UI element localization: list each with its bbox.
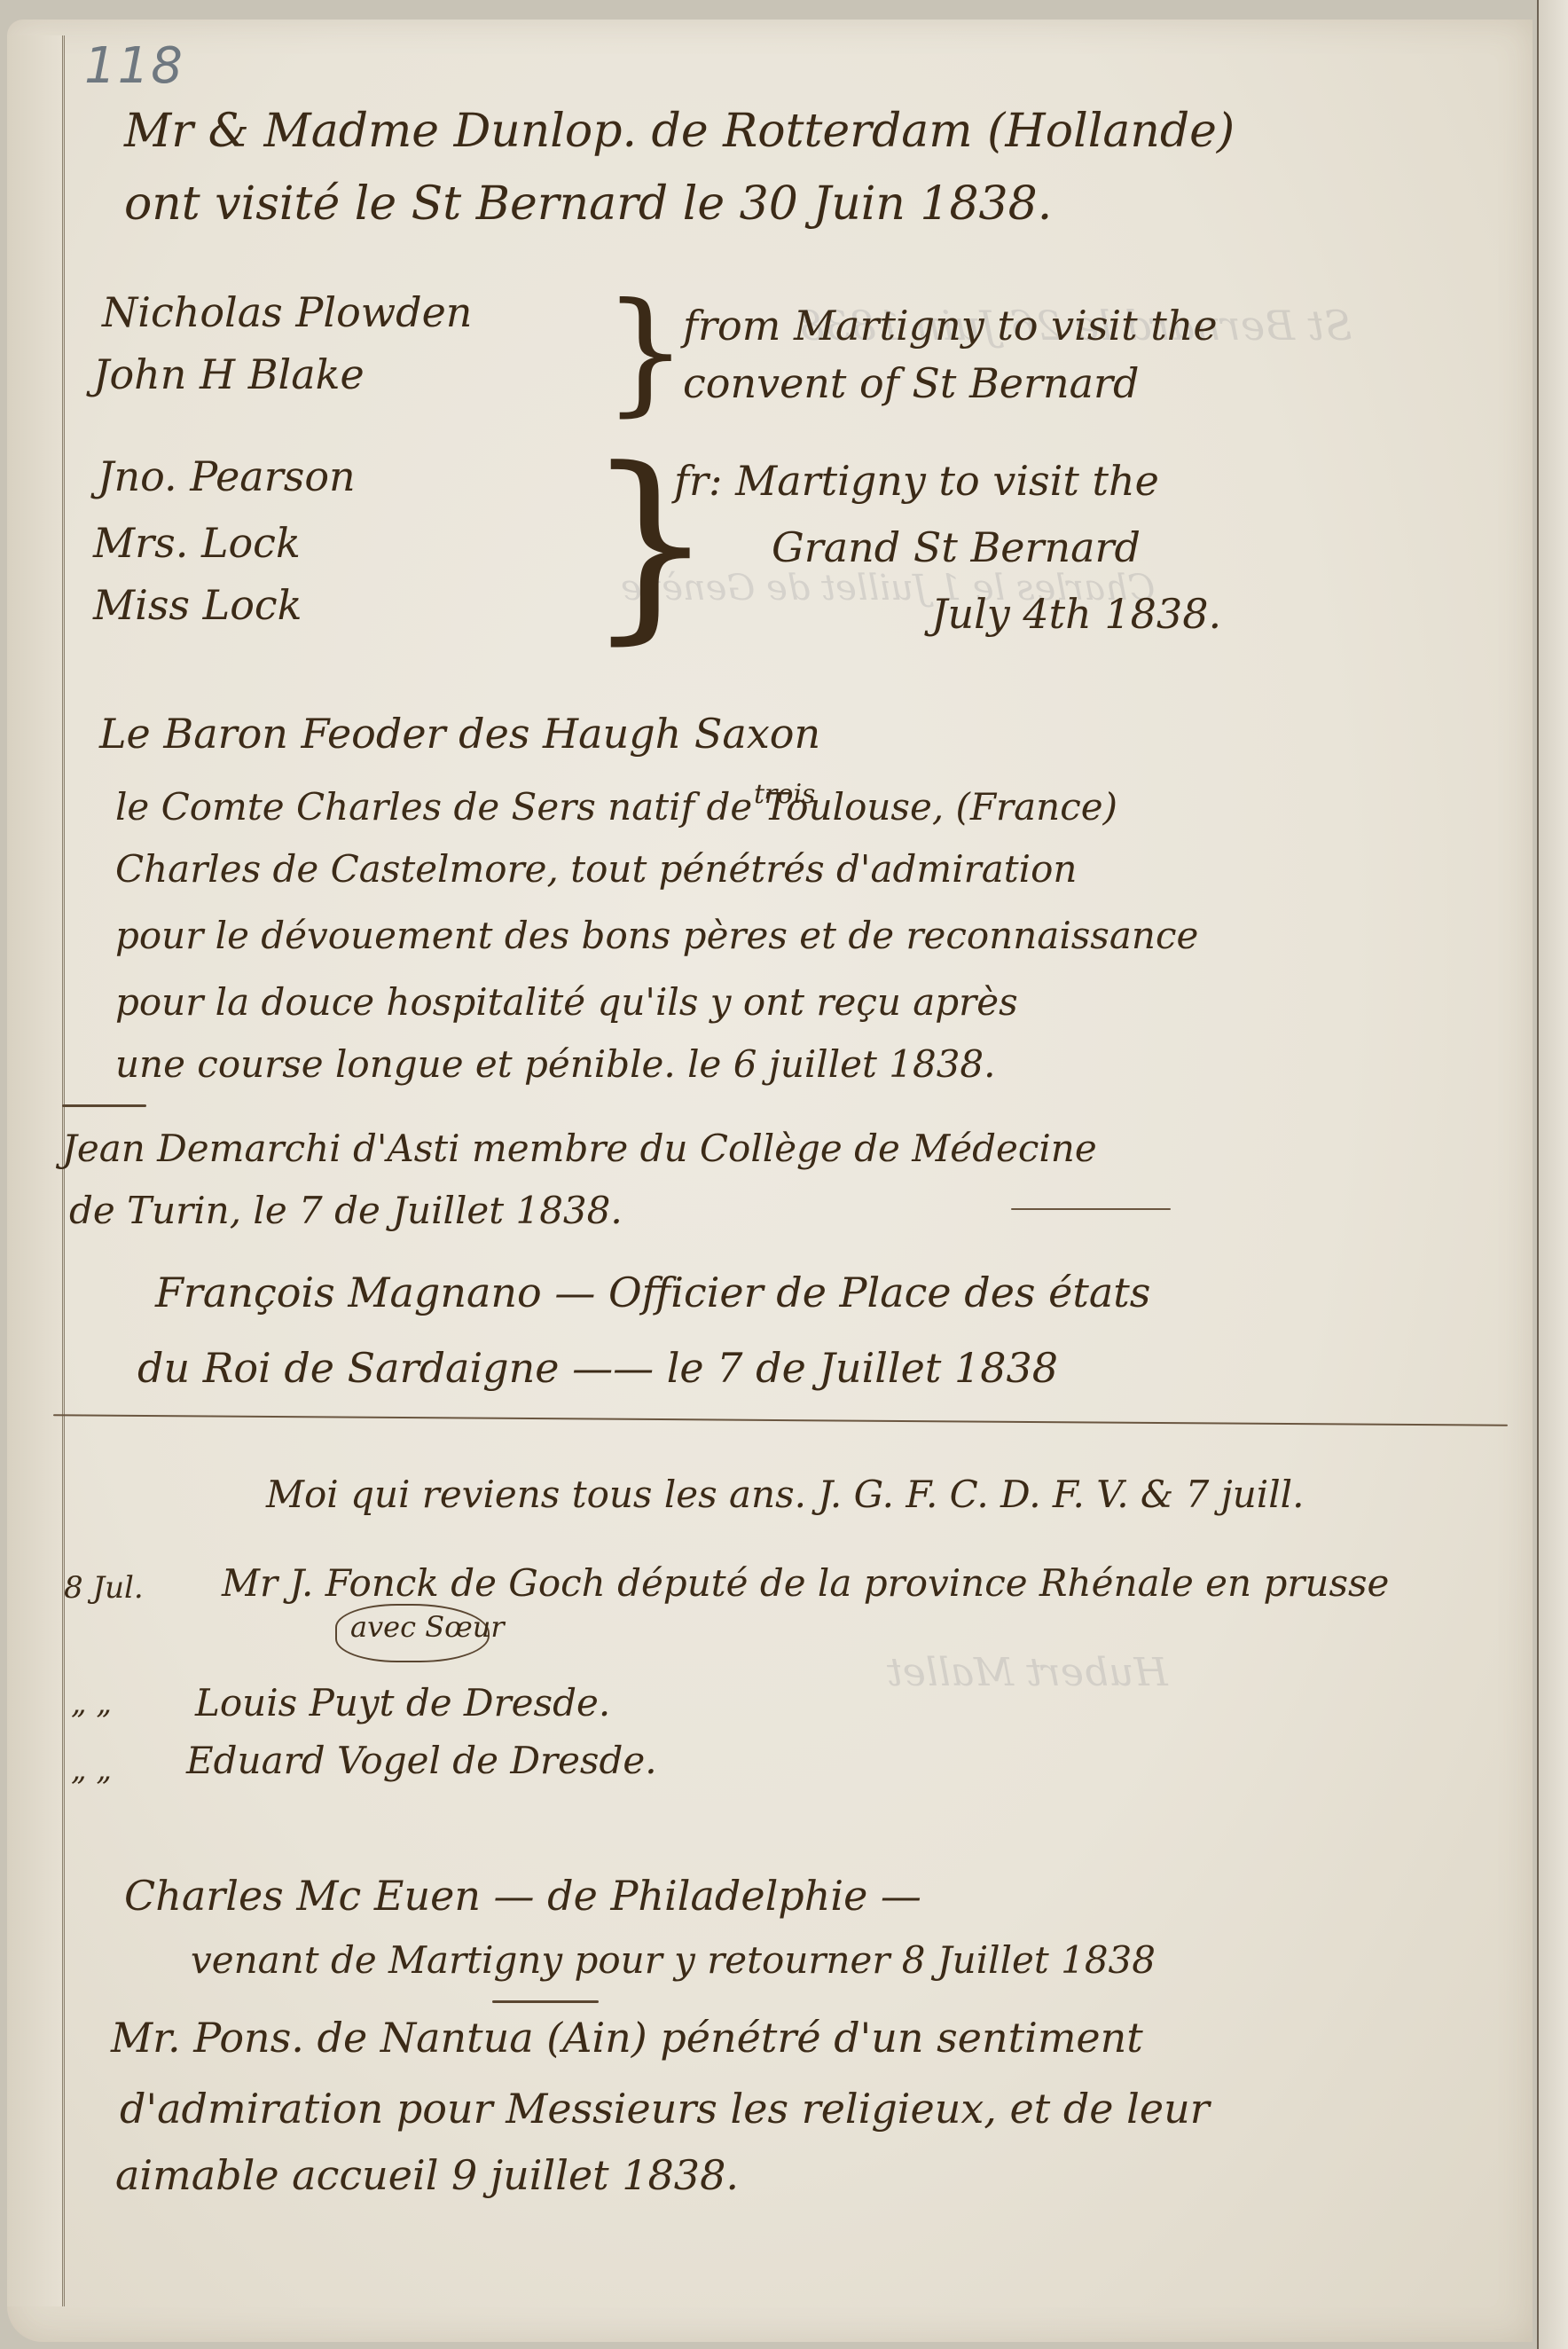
entry-line: Louis Puyt de Dresde. <box>195 1681 610 1724</box>
folio-number: 118 <box>84 37 184 95</box>
entry-note: fr: Martigny to visit the <box>674 457 1159 505</box>
circled-note: avec Sœur <box>350 1610 505 1644</box>
entry-line: pour la douce hospitalité qu'ils y ont r… <box>115 980 1018 1024</box>
entry-line: Eduard Vogel de Dresde. <box>186 1739 657 1782</box>
entry-note: from Martigny to visit the <box>683 302 1218 350</box>
brace-icon: } <box>603 275 687 429</box>
separator-rule <box>1011 1208 1171 1210</box>
separator-rule <box>62 1104 146 1107</box>
entry-line: de Turin, le 7 de Juillet 1838. <box>69 1189 623 1232</box>
entry-line: venant de Martigny pour y retourner 8 Ju… <box>191 1938 1156 1982</box>
entry-line: d'admiration pour Messieurs les religieu… <box>120 2085 1210 2133</box>
entry-line: Mr J. Fonck de Goch député de la provinc… <box>222 1561 1389 1605</box>
entry-note: convent of St Bernard <box>683 359 1140 407</box>
scan-background: St Bernard le 26 Juin 1838 Charles le 1 … <box>0 0 1568 2349</box>
next-page-edge <box>1537 0 1568 2349</box>
entry-line: le Comte Charles de Sers natif de Toulou… <box>115 785 1117 829</box>
entry-line: Charles de Castelmore, tout pénétrés d'a… <box>115 847 1077 891</box>
entry-line: Mr. Pons. de Nantua (Ain) pénétré d'un s… <box>111 2014 1143 2062</box>
entry-line: Mr & Madme Dunlop. de Rotterdam (Holland… <box>124 105 1235 158</box>
separator-rule <box>492 2000 599 2003</box>
entry-line: Moi qui reviens tous les ans. J. G. F. C… <box>266 1473 1304 1516</box>
visitor-name: Miss Lock <box>93 581 302 629</box>
margin-date: 8 Jul. <box>64 1570 144 1606</box>
entry-line: Le Baron Feoder des Haugh Saxon <box>99 710 820 758</box>
visitor-name: Jno. Pearson <box>98 452 356 500</box>
ditto-mark: „ „ <box>71 1685 112 1721</box>
entry-line: du Roi de Sardaigne —— le 7 de Juillet 1… <box>137 1344 1058 1392</box>
visitor-name: Nicholas Plowden <box>102 288 472 336</box>
bleed-through-text: Hubert Mallet <box>887 1650 1168 1695</box>
entry-line: Jean Demarchi d'Asti membre du Collège d… <box>62 1127 1097 1170</box>
entry-line: pour le dévouement des bons pères et de … <box>115 914 1198 957</box>
binding-edge <box>7 35 65 2306</box>
entry-line: Charles Mc Euen — de Philadelphie — <box>124 1872 921 1920</box>
entry-line: François Magnano — Officier de Place des… <box>155 1269 1150 1316</box>
visitor-name: Mrs. Lock <box>93 519 301 567</box>
entry-line: ont visité le St Bernard le 30 Juin 1838… <box>124 177 1052 231</box>
entry-date: July 4th 1838. <box>931 590 1221 638</box>
ditto-mark: „ „ <box>71 1752 112 1787</box>
visitor-name: John H Blake <box>93 350 365 398</box>
entry-line: une course longue et pénible. le 6 juill… <box>115 1042 996 1086</box>
entry-note: Grand St Bernard <box>772 523 1141 571</box>
entry-line: aimable accueil 9 juillet 1838. <box>115 2151 739 2199</box>
